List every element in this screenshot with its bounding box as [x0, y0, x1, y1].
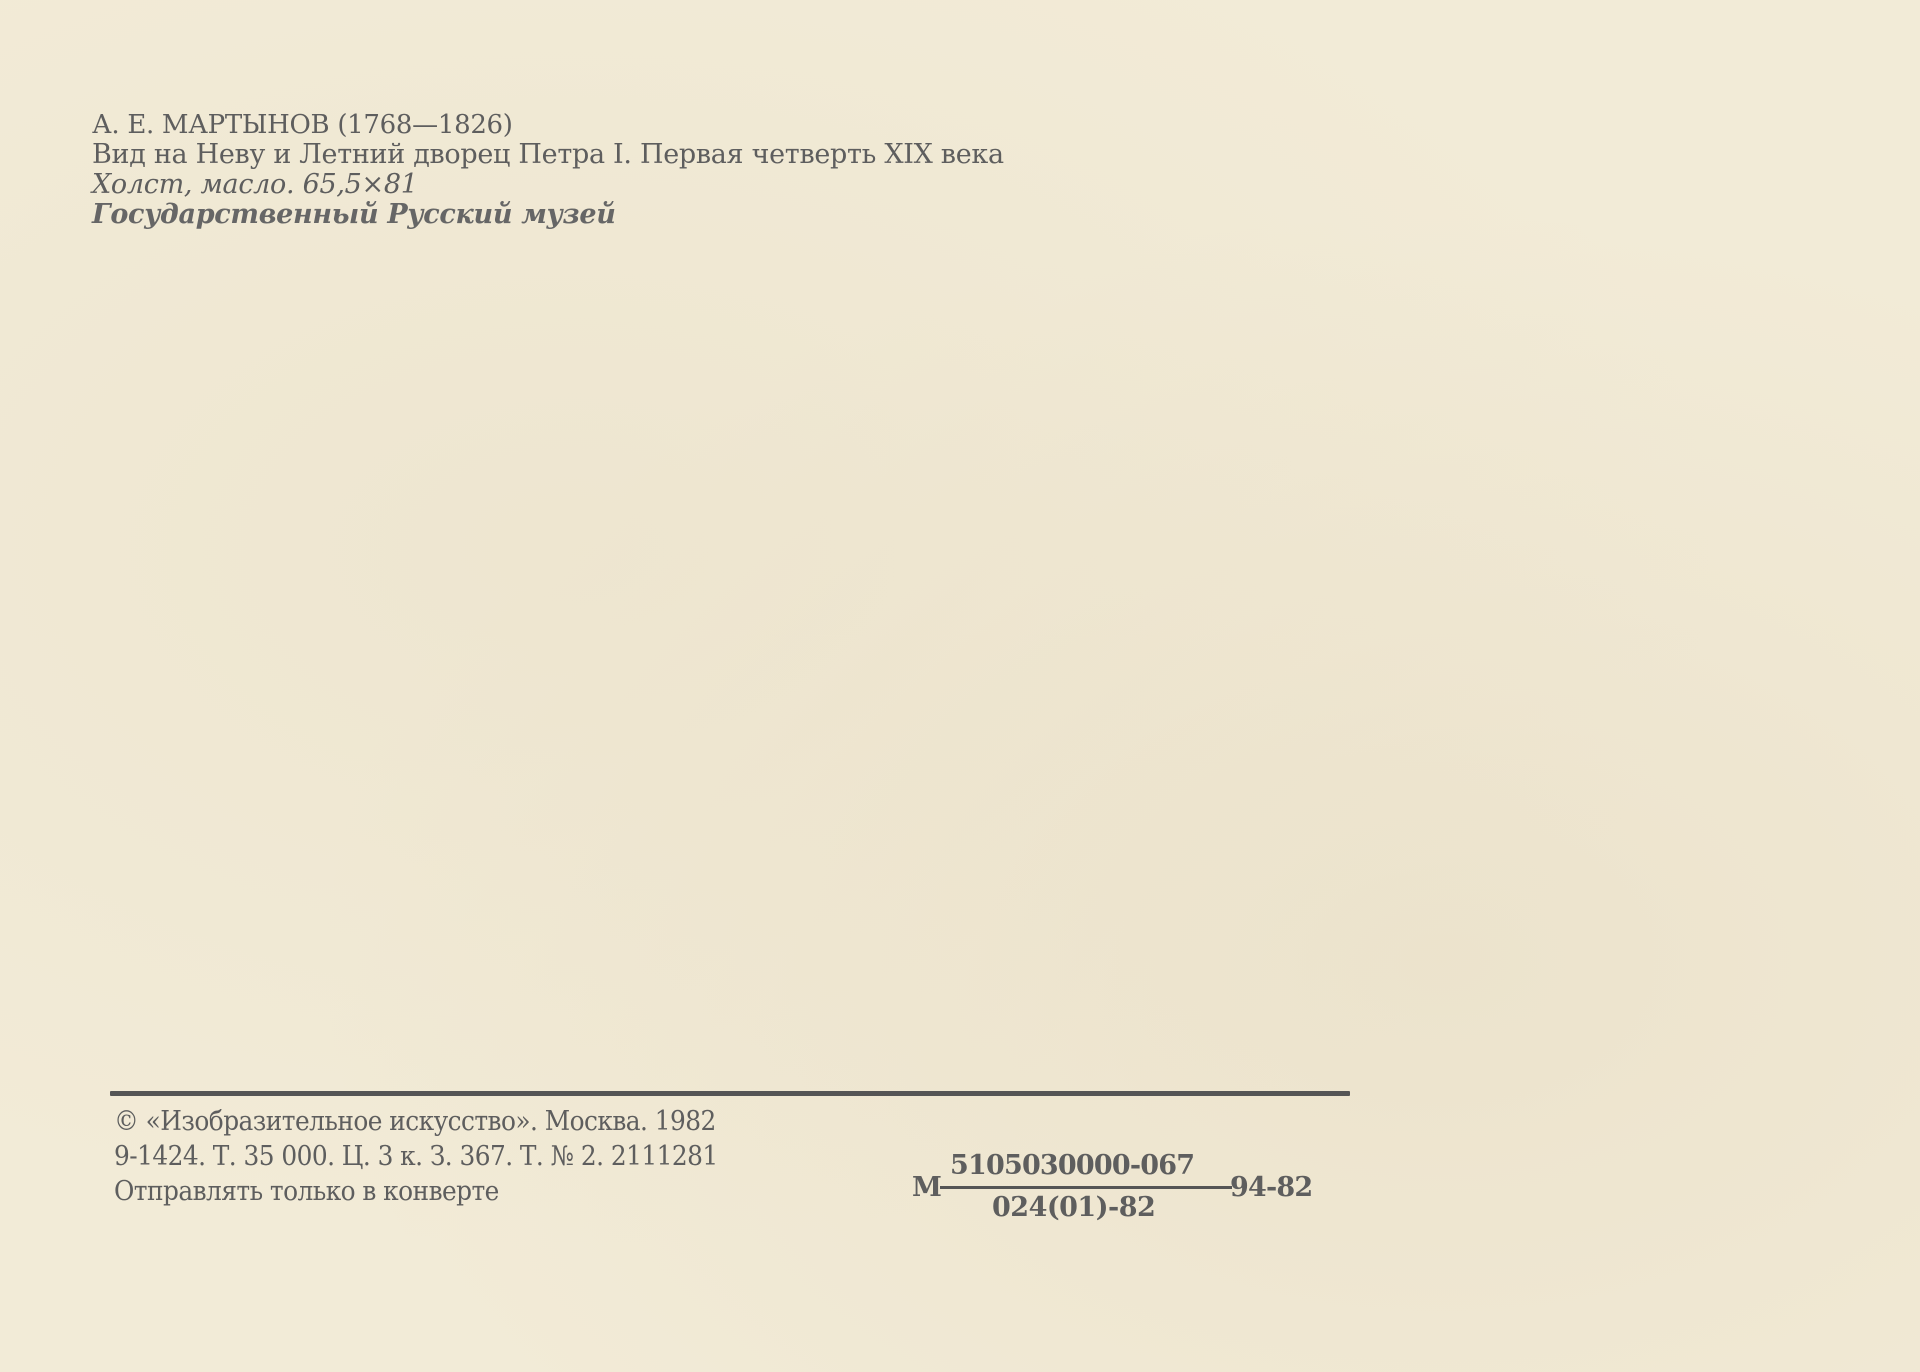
- code-denominator: 024(01)-82: [992, 1192, 1155, 1223]
- code-numerator: 5105030000-067: [950, 1150, 1194, 1181]
- museum-name: Государственный Русский музей: [92, 200, 1004, 230]
- print-info-line: 9-1424. Т. 35 000. Ц. 3 к. З. 367. Т. № …: [114, 1139, 718, 1174]
- artwork-medium: Холст, масло. 65,5×81: [92, 170, 1004, 200]
- artist-name: А. Е. МАРТЫНОВ (1768—1826): [92, 110, 1004, 140]
- publisher-line: © «Изобразительное искусство». Москва. 1…: [114, 1104, 718, 1139]
- divider-rule: [110, 1091, 1350, 1096]
- code-suffix: 94-82: [1230, 1172, 1312, 1203]
- code-prefix: М: [912, 1172, 942, 1203]
- artwork-title: Вид на Неву и Летний дворец Петра I. Пер…: [92, 140, 1004, 170]
- fraction-bar: [940, 1186, 1232, 1189]
- artwork-caption: А. Е. МАРТЫНОВ (1768—1826) Вид на Неву и…: [92, 110, 1004, 230]
- imprint-block: © «Изобразительное искусство». Москва. 1…: [114, 1104, 770, 1209]
- catalog-code: М 5105030000-067 024(01)-82 94-82: [912, 1150, 1332, 1225]
- mailing-note: Отправлять только в конверте: [114, 1174, 718, 1209]
